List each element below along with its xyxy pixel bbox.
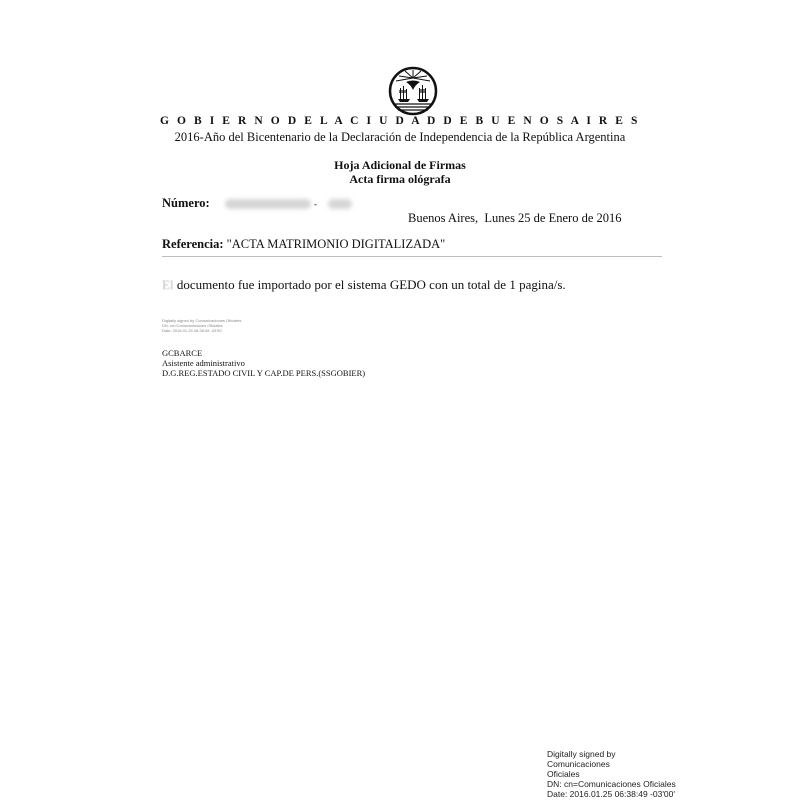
referencia-value: "ACTA MATRIMONIO DIGITALIZADA" bbox=[224, 237, 446, 251]
digital-signature-stamp-small: Digitally signed by Comunicaciones Ofici… bbox=[162, 318, 241, 333]
year-motto: 2016-Año del Bicentenario de la Declarac… bbox=[0, 130, 800, 145]
signature-line: Oficiales bbox=[547, 769, 677, 779]
body-prefix: El bbox=[162, 277, 174, 292]
signature-line: DN: cn=Comunicaciones Oficiales bbox=[547, 779, 677, 789]
numero-dash: - bbox=[314, 199, 317, 209]
signature-line: Date: 2016.01.25 06:38:49 -03'00' bbox=[162, 328, 241, 333]
signer-department: D.G.REG.ESTADO CIVIL Y CAP.DE PERS.(SSGO… bbox=[162, 368, 365, 378]
signature-line: Date: 2016.01.25 06:38:49 -03'00' bbox=[547, 789, 677, 799]
import-statement: El documento fue importado por el sistem… bbox=[162, 277, 566, 293]
signer-role: Asistente administrativo bbox=[162, 358, 365, 368]
signature-line: Digitally signed by Comunicaciones bbox=[547, 749, 677, 769]
place-date: Buenos Aires, Lunes 25 de Enero de 2016 bbox=[408, 211, 622, 226]
signer-block: GCBARCE Asistente administrativo D.G.REG… bbox=[162, 348, 365, 378]
organization-name: G O B I E R N O D E L A C I U D A D D E … bbox=[0, 115, 800, 127]
document-title: Hoja Adicional de Firmas bbox=[0, 158, 800, 172]
body-text: documento fue importado por el sistema G… bbox=[174, 277, 566, 292]
numero-label: Número: bbox=[162, 196, 210, 210]
digital-signature-stamp: Digitally signed by Comunicaciones Ofici… bbox=[547, 749, 677, 799]
document-subtitle: Acta firma ológrafa bbox=[0, 172, 800, 186]
numero-redacted-suffix bbox=[328, 199, 352, 209]
document-title-block: Hoja Adicional de Firmas Acta firma ológ… bbox=[0, 158, 800, 186]
signer-name: GCBARCE bbox=[162, 348, 365, 358]
referencia-label: Referencia: bbox=[162, 237, 224, 251]
city-coat-of-arms-icon bbox=[388, 66, 438, 116]
numero-redacted-main bbox=[225, 199, 311, 209]
divider bbox=[162, 256, 662, 257]
numero-field: Número: - bbox=[162, 196, 352, 211]
referencia-field: Referencia: "ACTA MATRIMONIO DIGITALIZAD… bbox=[162, 237, 445, 252]
